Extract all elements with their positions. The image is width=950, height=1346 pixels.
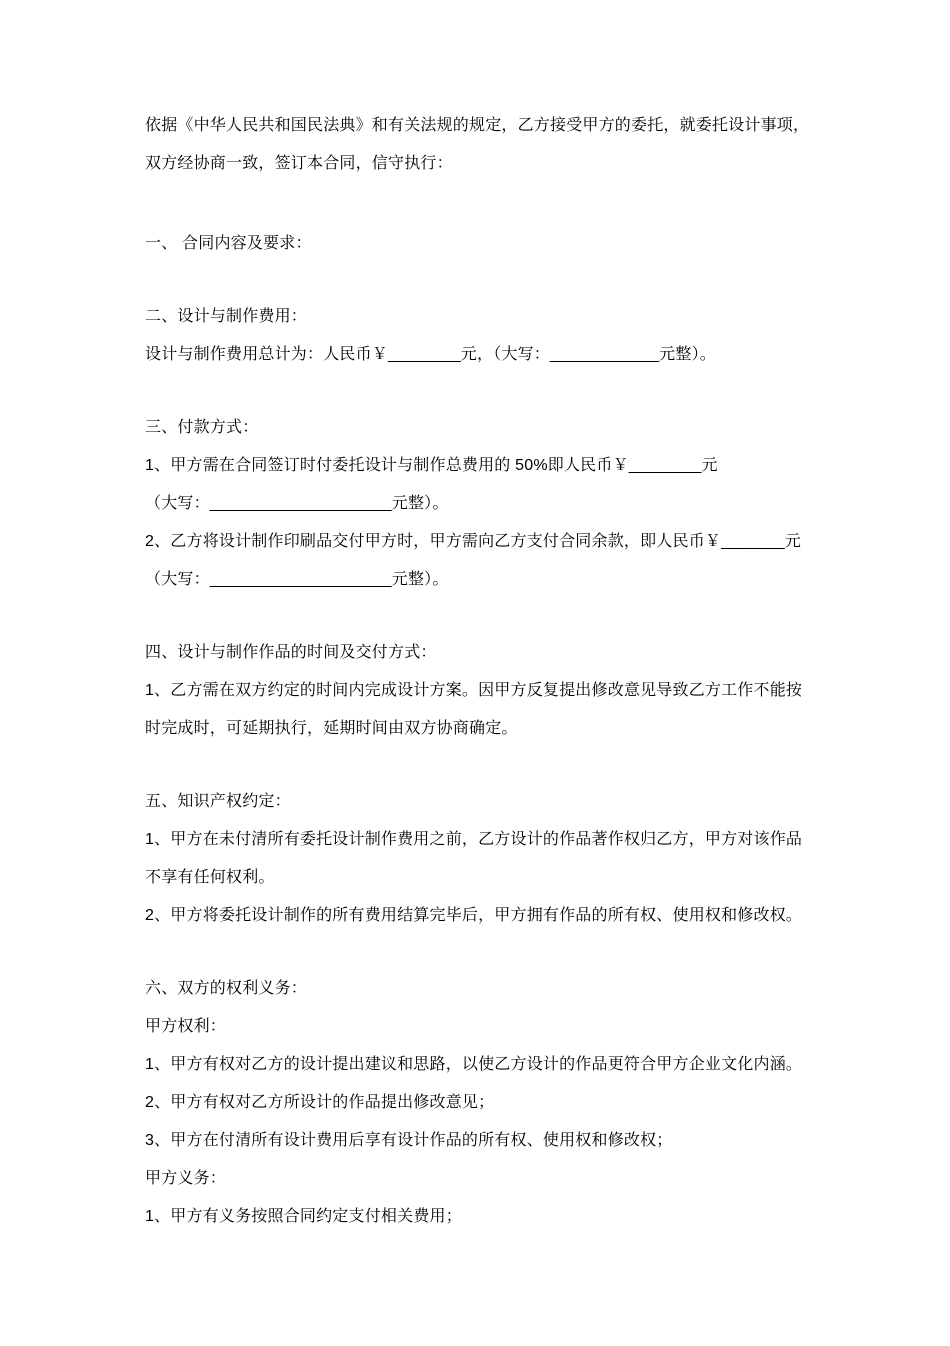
contract-line: 1、乙方需在双方约定的时间内完成设计方案。因甲方反复提出修改意见导致乙方工作不能… xyxy=(145,672,805,710)
section-heading-6: 六、双方的权利义务： xyxy=(145,970,805,1008)
contract-document-page: 依据《中华人民共和国民法典》和有关法规的规定，乙方接受甲方的委托，就委托设计事项… xyxy=(0,0,950,1346)
section-heading-5: 五、知识产权约定： xyxy=(145,783,805,821)
contract-line: 2、甲方有权对乙方所设计的作品提出修改意见； xyxy=(145,1084,805,1122)
preamble-line: 依据《中华人民共和国民法典》和有关法规的规定，乙方接受甲方的委托，就委托设计事项… xyxy=(145,107,805,145)
fill-in-line: 设计与制作费用总计为：人民币￥________元，（大写：___________… xyxy=(145,336,805,374)
fill-in-line: 2、乙方将设计制作印刷品交付甲方时，甲方需向乙方支付合同余款，即人民币￥____… xyxy=(145,523,805,561)
fill-in-line: （大写：____________________元整）。 xyxy=(145,485,805,523)
section-heading-1: 一、 合同内容及要求： xyxy=(145,225,805,263)
contract-line: 不享有任何权利。 xyxy=(145,859,805,897)
section-heading-4: 四、设计与制作作品的时间及交付方式： xyxy=(145,634,805,672)
subheading-party-a-obligations: 甲方义务： xyxy=(145,1160,805,1198)
section-heading-2: 二、设计与制作费用： xyxy=(145,298,805,336)
section-heading-3: 三、付款方式： xyxy=(145,409,805,447)
contract-line: 1、甲方有义务按照合同约定支付相关费用； xyxy=(145,1198,805,1236)
preamble-line: 双方经协商一致，签订本合同，信守执行： xyxy=(145,145,805,183)
contract-line: 2、甲方将委托设计制作的所有费用结算完毕后，甲方拥有作品的所有权、使用权和修改权… xyxy=(145,897,805,935)
contract-line: 1、甲方在未付清所有委托设计制作费用之前，乙方设计的作品著作权归乙方，甲方对该作… xyxy=(145,821,805,859)
contract-line: 3、甲方在付清所有设计费用后享有设计作品的所有权、使用权和修改权； xyxy=(145,1122,805,1160)
contract-line: 1、甲方有权对乙方的设计提出建议和思路，以使乙方设计的作品更符合甲方企业文化内涵… xyxy=(145,1046,805,1084)
fill-in-line: （大写：____________________元整）。 xyxy=(145,561,805,599)
subheading-party-a-rights: 甲方权利： xyxy=(145,1008,805,1046)
contract-line: 时完成时，可延期执行，延期时间由双方协商确定。 xyxy=(145,710,805,748)
fill-in-line: 1、甲方需在合同签订时付委托设计与制作总费用的 50%即人民币￥________… xyxy=(145,447,805,485)
